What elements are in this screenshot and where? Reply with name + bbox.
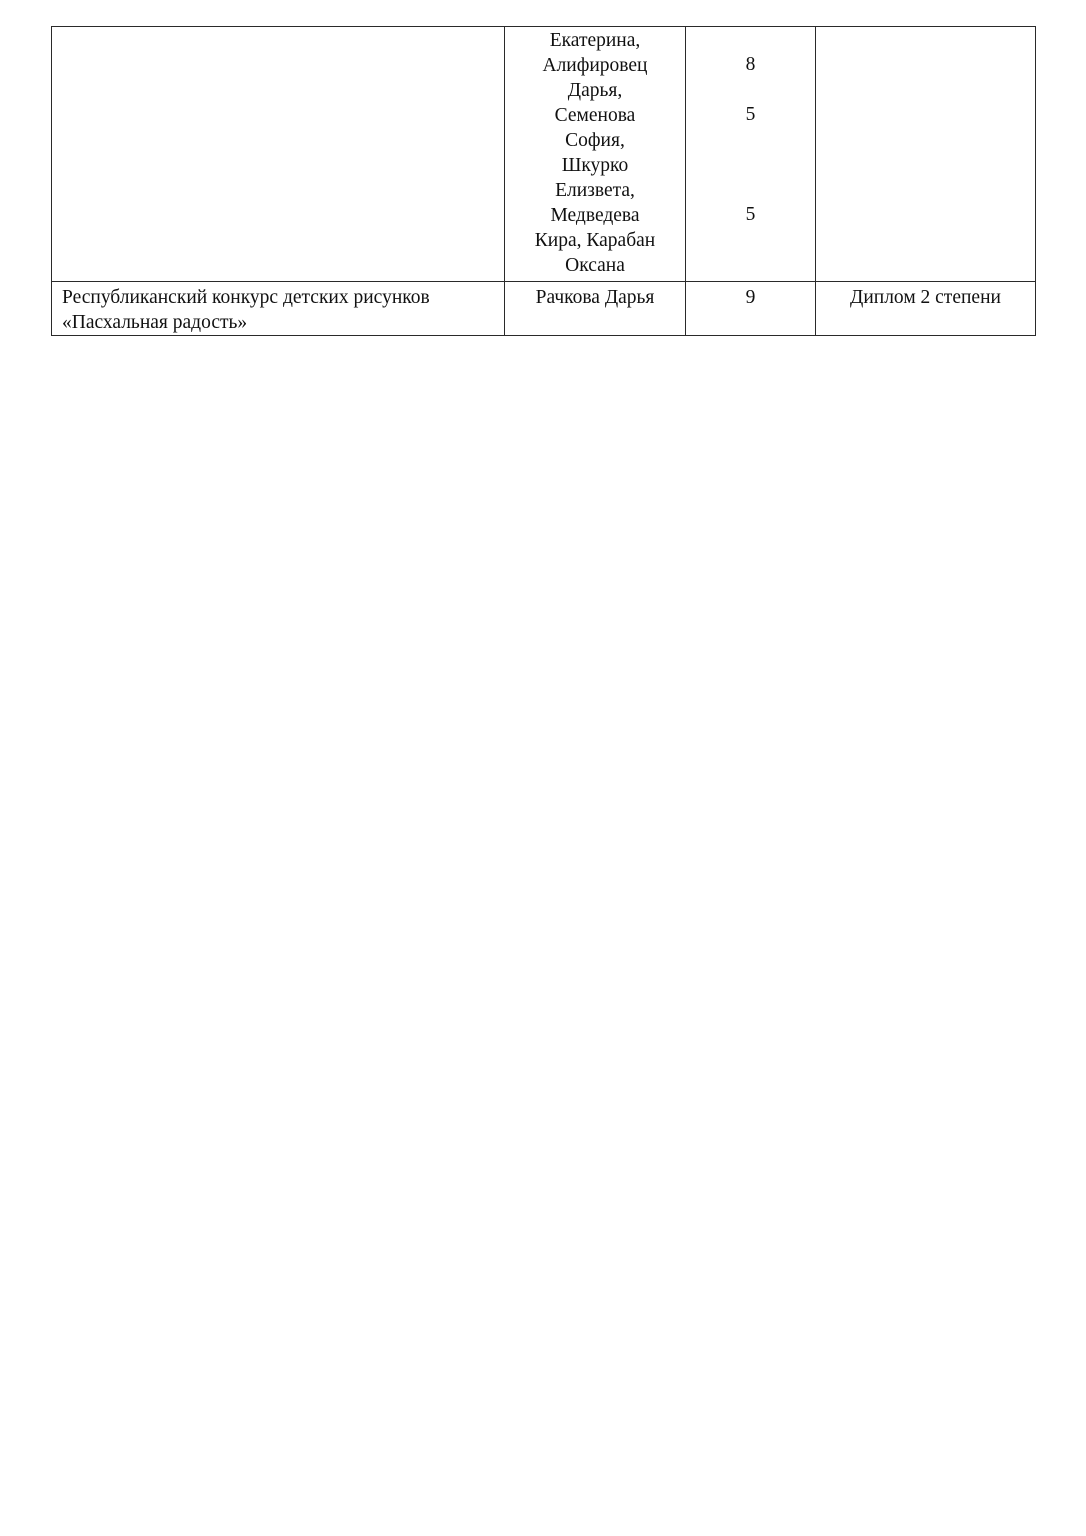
results-table: Екатерина, Алифировец Дарья, Семенова Со… xyxy=(51,26,1036,336)
participant-line: Екатерина, xyxy=(509,28,681,53)
grade-line: 5 xyxy=(686,202,815,227)
grade-line xyxy=(686,152,815,177)
grade-line xyxy=(686,227,815,252)
participant-line: София, xyxy=(509,128,681,153)
event-cell: Республиканский конкурс детских рисунков… xyxy=(52,282,505,336)
participant-line: Елизвета, xyxy=(509,178,681,203)
table-row: Екатерина, Алифировец Дарья, Семенова Со… xyxy=(52,27,1036,282)
grade-line xyxy=(686,77,815,102)
grade-cell: 9 xyxy=(686,282,816,336)
participants-cell: Екатерина, Алифировец Дарья, Семенова Со… xyxy=(505,27,686,282)
participant-line: Кира, Карабан xyxy=(509,228,681,253)
grade-line xyxy=(686,127,815,152)
table-row: Республиканский конкурс детских рисунков… xyxy=(52,282,1036,336)
event-cell xyxy=(52,27,505,282)
grade-cell: 8 5 5 xyxy=(686,27,816,282)
event-title-line: Республиканский конкурс детских рисунков xyxy=(62,285,504,310)
result-cell xyxy=(816,27,1036,282)
result-cell: Диплом 2 степени xyxy=(816,282,1036,336)
participant-line: Медведева xyxy=(509,203,681,228)
document-page: Екатерина, Алифировец Дарья, Семенова Со… xyxy=(0,0,1086,1536)
grade-line: 5 xyxy=(686,102,815,127)
participant-line: Алифировец xyxy=(509,53,681,78)
grade-line xyxy=(686,177,815,202)
participant-line: Шкурко xyxy=(509,153,681,178)
participant-line: Семенова xyxy=(509,103,681,128)
participants-cell: Рачкова Дарья xyxy=(505,282,686,336)
participant-line: Оксана xyxy=(509,253,681,278)
grade-line xyxy=(686,27,815,52)
grade-line: 8 xyxy=(686,52,815,77)
grade-line xyxy=(686,252,815,277)
participant-line: Дарья, xyxy=(509,78,681,103)
event-title-line: «Пасхальная радость» xyxy=(62,310,504,335)
